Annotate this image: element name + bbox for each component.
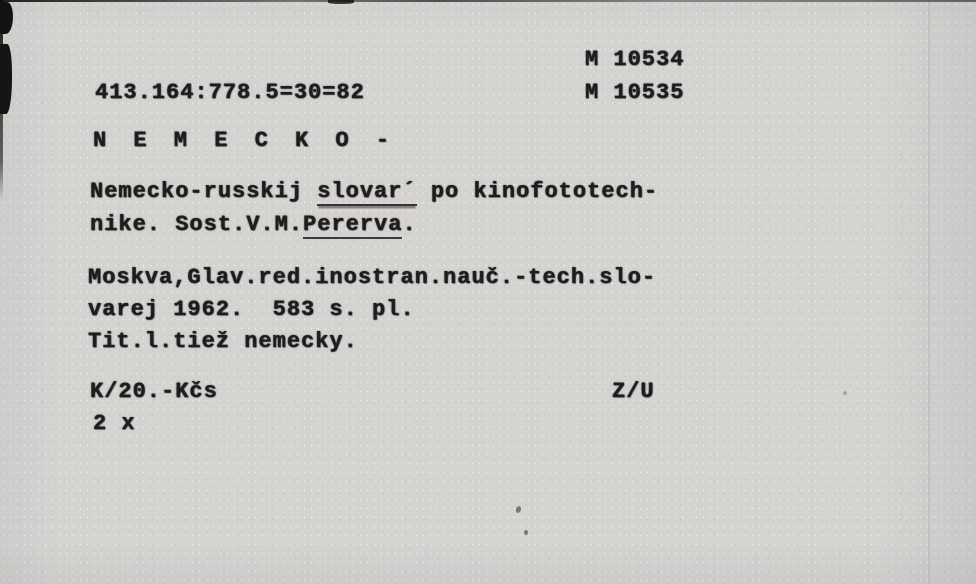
title-underlined-word: slovar´ <box>317 179 416 206</box>
imprint-line-3: Tit.l.tiež nemecky. <box>88 330 358 354</box>
scan-speck <box>515 505 522 513</box>
title-line-1: Nemecko-russkij slovar´ po kinofototech- <box>90 180 658 204</box>
imprint-line-2: varej 1962. 583 s. pl. <box>88 298 415 322</box>
catalog-card-scan: M 10534 M 10535 413.164:778.5=30=82 N E … <box>0 0 976 584</box>
title-text: Nemecko-russkij <box>90 179 317 204</box>
scan-crease <box>928 0 930 584</box>
price: K/20.-Kčs <box>90 380 218 404</box>
copies-count: 2 x <box>93 412 136 436</box>
scan-ink-blob <box>0 44 12 114</box>
title-line-2: nike. Sost.V.M.Pererva. <box>90 213 417 237</box>
scan-ink-blob <box>0 2 13 34</box>
title-text: nike. Sost.V.M. <box>90 212 303 237</box>
shelf-code: Z/U <box>612 380 655 404</box>
scan-edge-top <box>0 0 976 2</box>
scan-edge-mark <box>328 0 354 4</box>
imprint-line-1: Moskva,Glav.red.inostran.nauč.-tech.slo- <box>88 266 656 290</box>
scan-speck <box>524 530 528 535</box>
heading: N E M E C K O - <box>93 129 396 153</box>
author-underlined: Pererva <box>303 212 402 239</box>
scan-speck <box>843 391 847 395</box>
classification-number: 413.164:778.5=30=82 <box>95 81 365 105</box>
title-text: . <box>402 212 416 237</box>
accession-number-2: M 10535 <box>585 81 684 105</box>
accession-number-1: M 10534 <box>585 48 684 72</box>
title-text: po kinofototech- <box>417 179 658 204</box>
